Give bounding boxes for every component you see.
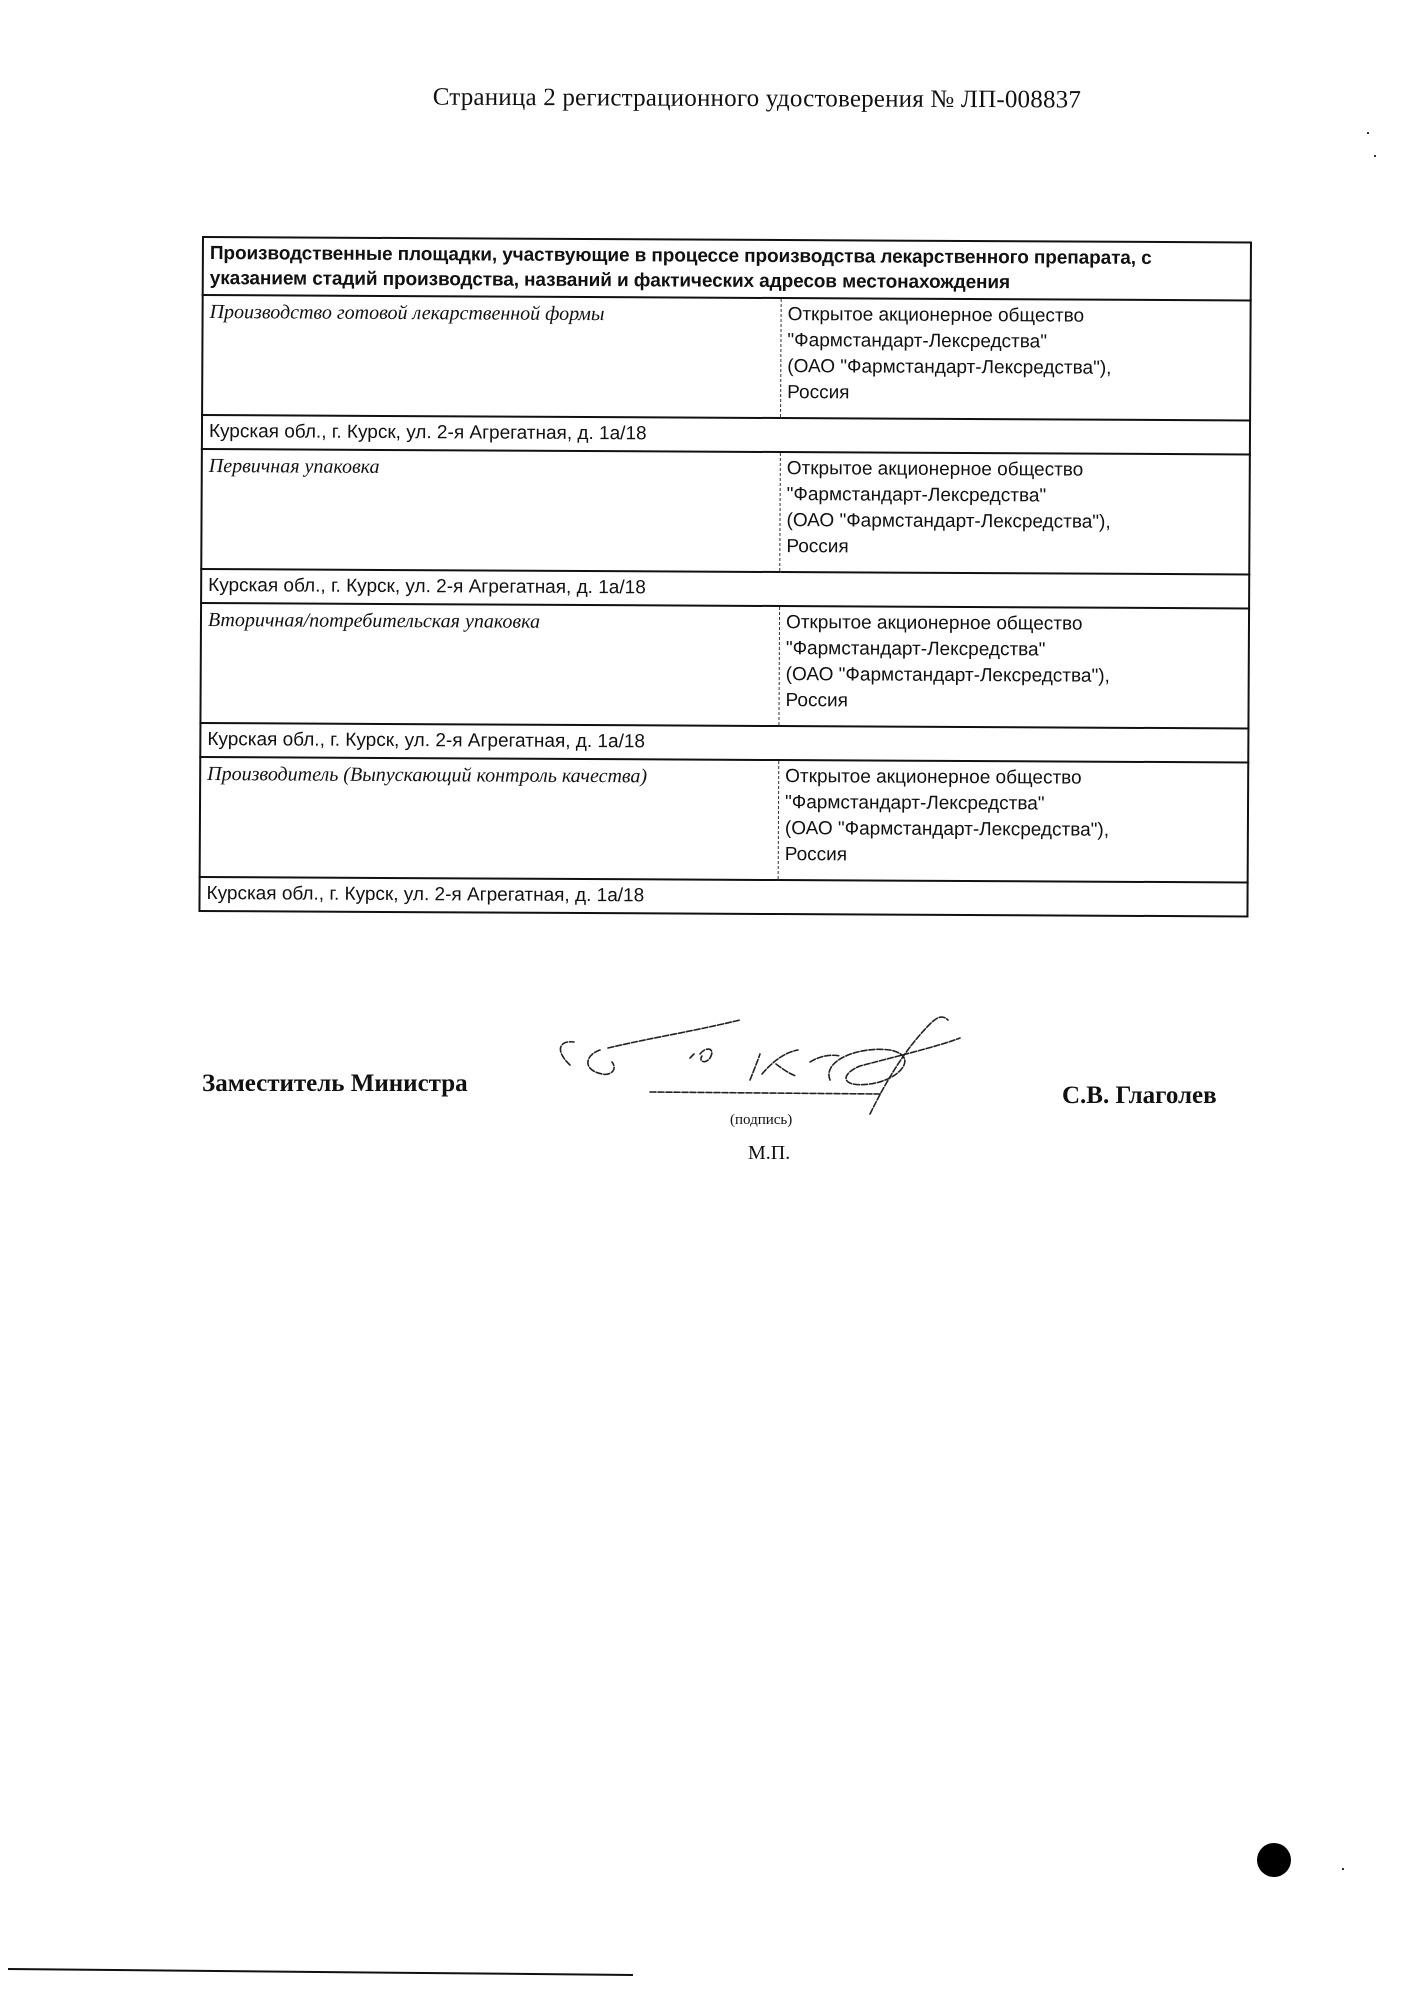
signature-caption: (подпись) bbox=[730, 1112, 792, 1129]
organization-line: "Фармстандарт-Лексредства" bbox=[787, 328, 1243, 356]
sites-table: Производственные площадки, участвующие в… bbox=[198, 236, 1252, 917]
production-stage: Производитель (Выпускающий контроль каче… bbox=[200, 757, 779, 880]
organization-line: "Фармстандарт-Лексредства" bbox=[785, 790, 1241, 818]
table-heading: Производственные площадки, участвующие в… bbox=[203, 237, 1251, 300]
organization-line: Россия bbox=[786, 534, 1242, 562]
site-address: Курская обл., г. Курск, ул. 2-я Агрегатн… bbox=[202, 415, 1250, 454]
scan-bottom-line bbox=[8, 1968, 633, 1976]
signature-block: Заместитель Министра (подпись) М.П. С.В.… bbox=[200, 1030, 1260, 1180]
organization-line: (ОАО "Фармстандарт-Лексредства"), bbox=[786, 662, 1242, 690]
stage-row: Производство готовой лекарственной формы… bbox=[202, 295, 1251, 420]
organization-line: Открытое акционерное общество bbox=[785, 764, 1241, 792]
address-row: Курская обл., г. Курск, ул. 2-я Агрегатн… bbox=[202, 415, 1250, 454]
site-address: Курская обл., г. Курск, ул. 2-я Агрегатн… bbox=[199, 877, 1247, 916]
scan-speck bbox=[1342, 1868, 1344, 1870]
address-row: Курская обл., г. Курск, ул. 2-я Агрегатн… bbox=[201, 569, 1249, 608]
organization-name: Открытое акционерное общество"Фармстанда… bbox=[778, 760, 1248, 882]
organization-line: (ОАО "Фармстандарт-Лексредства"), bbox=[785, 816, 1241, 844]
site-address: Курская обл., г. Курск, ул. 2-я Агрегатн… bbox=[201, 569, 1249, 608]
scan-dot-mark bbox=[1257, 1843, 1291, 1877]
organization-name: Открытое акционерное общество"Фармстанда… bbox=[779, 606, 1249, 728]
organization-line: Россия bbox=[786, 688, 1242, 716]
organization-line: "Фармстандарт-Лексредства" bbox=[786, 636, 1242, 664]
site-address: Курская обл., г. Курск, ул. 2-я Агрегатн… bbox=[200, 723, 1248, 762]
stage-row: Вторичная/потребительская упаковкаОткрыт… bbox=[200, 603, 1249, 728]
scan-speck bbox=[1367, 132, 1369, 134]
signer-position: Заместитель Министра bbox=[202, 1070, 468, 1098]
organization-line: Открытое акционерное общество bbox=[786, 610, 1242, 638]
production-stage: Производство готовой лекарственной формы bbox=[202, 295, 781, 418]
production-stage: Вторичная/потребительская упаковка bbox=[200, 603, 779, 726]
organization-name: Открытое акционерное общество"Фармстанда… bbox=[781, 298, 1251, 420]
table-heading-row: Производственные площадки, участвующие в… bbox=[203, 237, 1251, 300]
organization-line: (ОАО "Фармстандарт-Лексредства"), bbox=[786, 508, 1242, 536]
organization-line: Россия bbox=[787, 380, 1243, 408]
organization-line: Россия bbox=[785, 842, 1241, 870]
scan-speck bbox=[1374, 155, 1376, 157]
organization-line: Открытое акционерное общество bbox=[788, 302, 1244, 330]
stamp-label: М.П. bbox=[748, 1142, 790, 1165]
address-row: Курская обл., г. Курск, ул. 2-я Агрегатн… bbox=[200, 723, 1248, 762]
stage-row: Производитель (Выпускающий контроль каче… bbox=[200, 757, 1249, 882]
production-sites-table: Производственные площадки, участвующие в… bbox=[198, 236, 1252, 917]
handwritten-signature-icon bbox=[540, 1010, 980, 1120]
organization-name: Открытое акционерное общество"Фармстанда… bbox=[780, 452, 1250, 574]
organization-line: "Фармстандарт-Лексредства" bbox=[787, 482, 1243, 510]
organization-line: Открытое акционерное общество bbox=[787, 456, 1243, 484]
organization-line: (ОАО "Фармстандарт-Лексредства"), bbox=[787, 354, 1243, 382]
page-header: Страница 2 регистрационного удостоверени… bbox=[50, 82, 1414, 116]
address-row: Курская обл., г. Курск, ул. 2-я Агрегатн… bbox=[199, 877, 1247, 916]
stage-row: Первичная упаковкаОткрытое акционерное о… bbox=[201, 449, 1250, 574]
signer-name: С.В. Глаголев bbox=[1062, 1082, 1217, 1110]
production-stage: Первичная упаковка bbox=[201, 449, 780, 572]
